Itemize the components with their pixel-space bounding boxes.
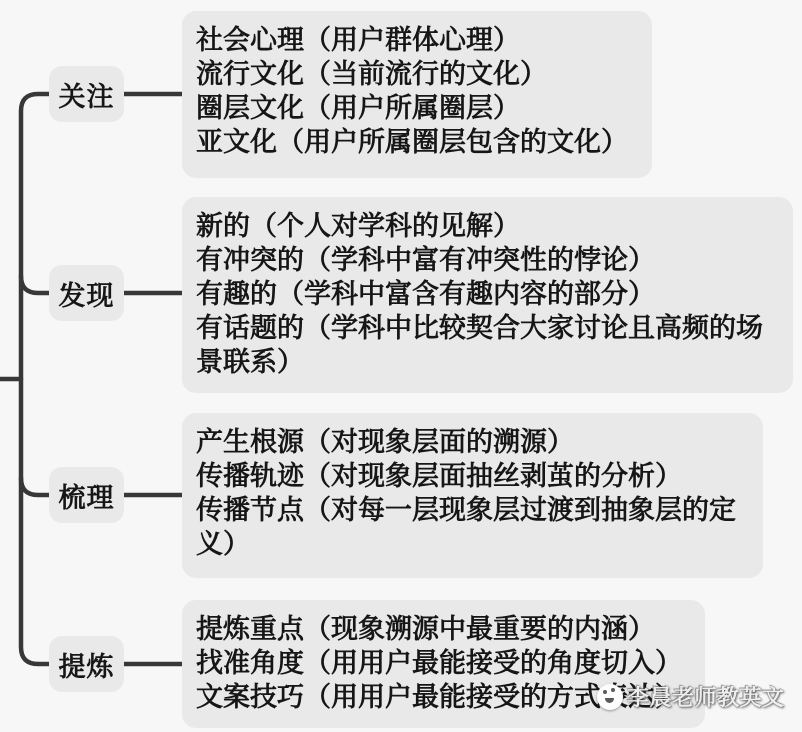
watermark: 李晨老师教英文	[597, 681, 785, 712]
detail-item: 亚文化（用户所属圈层包含的文化）	[196, 125, 639, 159]
watermark-text: 李晨老师教英文	[627, 681, 785, 712]
mindmap-canvas: 关注 发现 梳理 提炼 社会心理（用户群体心理） 流行文化（当前流行的文化） 圈…	[0, 0, 802, 732]
detail-item: 传播节点（对每一层现象层过渡到抽象层的定义）	[196, 493, 750, 561]
detail-item: 提炼重点（现象溯源中最重要的内涵）	[196, 612, 692, 646]
branch-node-shuli: 梳理	[49, 467, 124, 523]
detail-item: 有趣的（学科中富含有趣内容的部分）	[196, 277, 780, 311]
detail-item: 新的（个人对学科的见解）	[196, 209, 780, 243]
branch-elbow-line-3	[21, 478, 52, 495]
branch-label: 关注	[59, 75, 115, 114]
detail-item: 社会心理（用户群体心理）	[196, 23, 639, 57]
branch-node-guanzhu: 关注	[49, 66, 124, 122]
logo-avatar-icon	[597, 684, 623, 710]
branch-detail-box-2: 新的（个人对学科的见解） 有冲突的（学科中富有冲突性的悖论） 有趣的（学科中富含…	[182, 197, 793, 393]
trunk-line	[21, 94, 52, 664]
branch-detail-box-1: 社会心理（用户群体心理） 流行文化（当前流行的文化） 圈层文化（用户所属圈层） …	[182, 11, 652, 178]
branch-detail-box-3: 产生根源（对现象层面的溯源） 传播轨迹（对现象层面抽丝剥茧的分析） 传播节点（对…	[182, 413, 763, 578]
detail-item: 圈层文化（用户所属圈层）	[196, 91, 639, 125]
detail-item: 有话题的（学科中比较契合大家讨论且高频的场景联系）	[196, 311, 780, 379]
detail-item: 流行文化（当前流行的文化）	[196, 57, 639, 91]
branch-node-tilian: 提炼	[49, 636, 124, 692]
detail-item: 传播轨迹（对现象层面抽丝剥茧的分析）	[196, 459, 750, 493]
branch-elbow-line-2	[21, 276, 52, 293]
branch-label: 梳理	[59, 476, 115, 515]
branch-label: 发现	[59, 274, 115, 313]
detail-item: 产生根源（对现象层面的溯源）	[196, 425, 750, 459]
branch-node-faxian: 发现	[49, 265, 124, 321]
branch-label: 提炼	[59, 645, 115, 684]
detail-item: 找准角度（用用户最能接受的角度切入）	[196, 646, 692, 680]
detail-item: 有冲突的（学科中富有冲突性的悖论）	[196, 243, 780, 277]
